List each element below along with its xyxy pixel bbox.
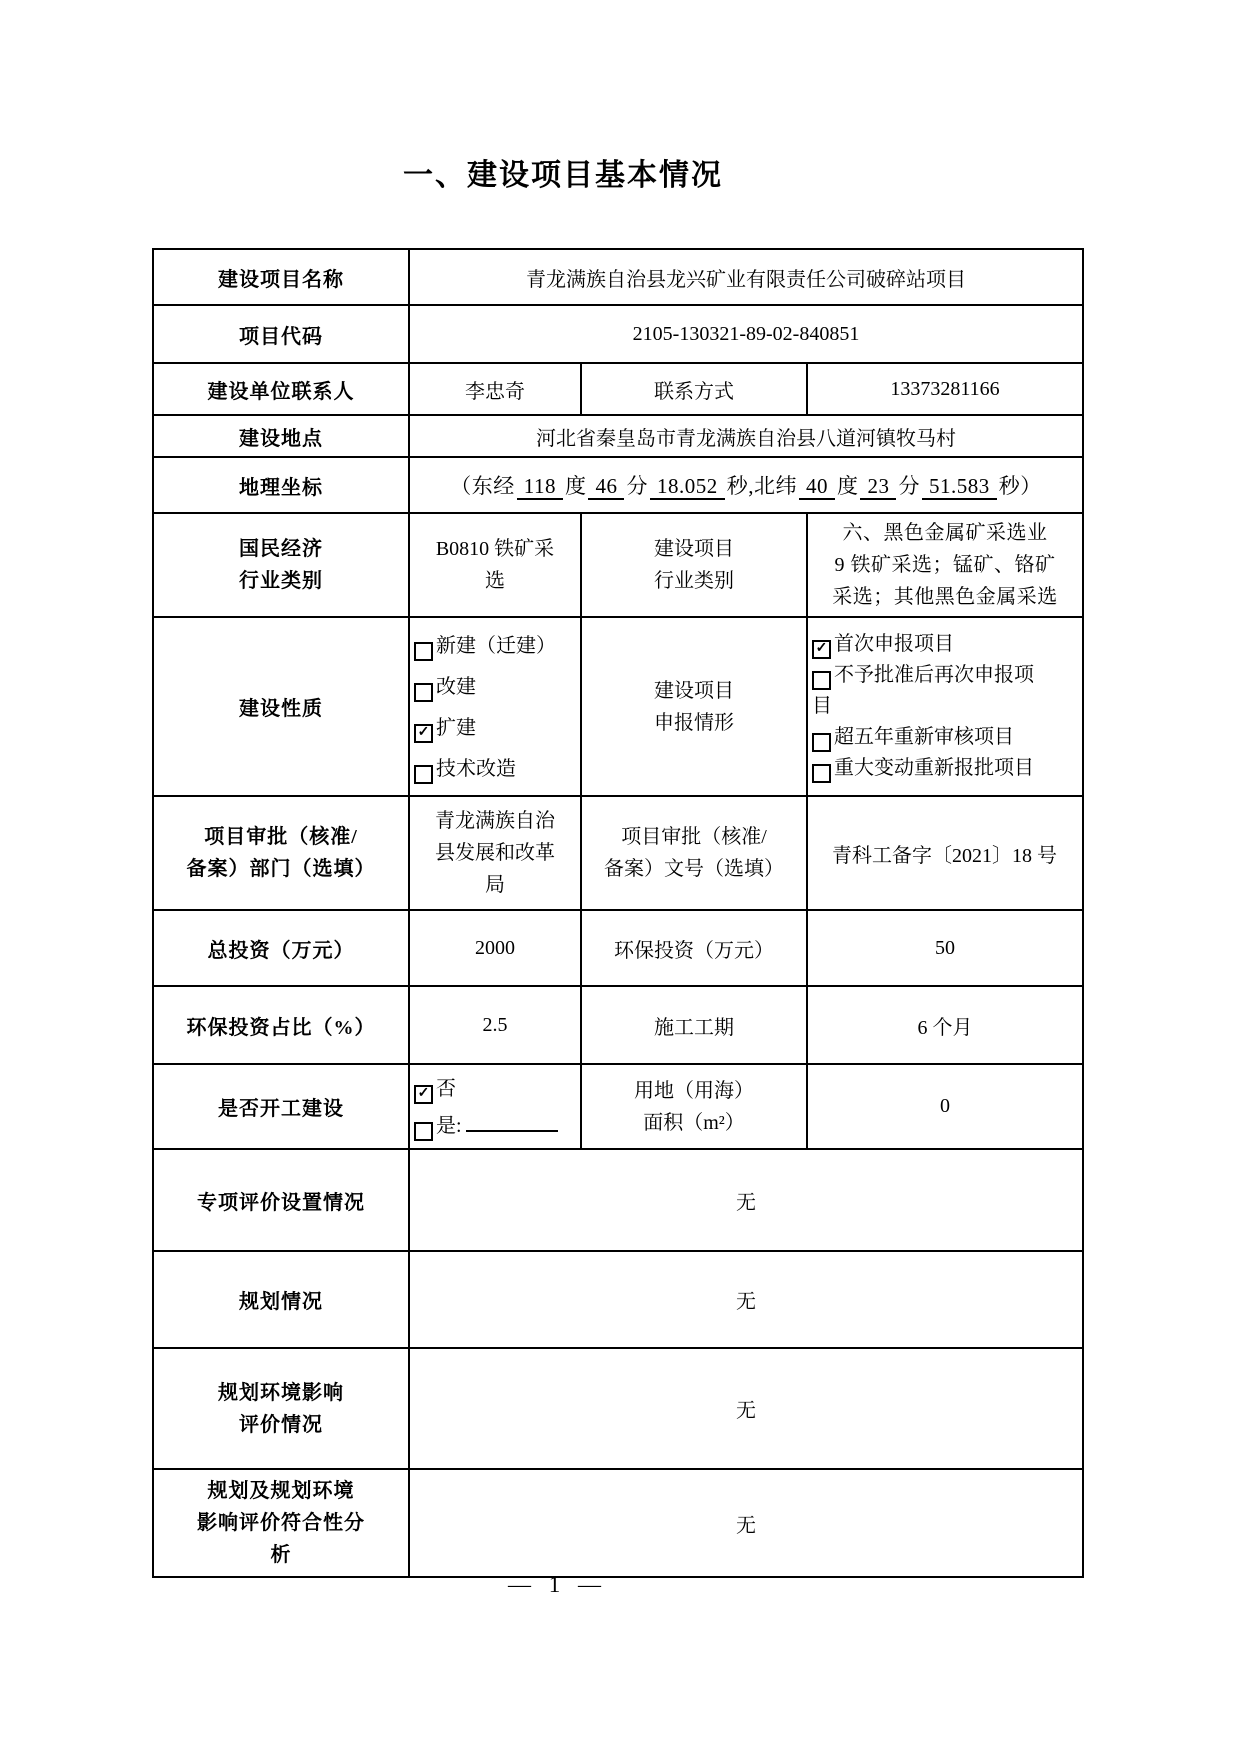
- row-approval: 项目审批（核准/ 备案）部门（选填） 青龙满族自治 县发展和改革 局 项目审批（…: [153, 796, 1083, 910]
- land-area-value: 0: [807, 1064, 1083, 1149]
- option-label: 技术改造: [436, 758, 516, 780]
- coord-lon-deg: 118: [517, 474, 563, 500]
- row-contact: 建设单位联系人 李忠奇 联系方式 13373281166: [153, 363, 1083, 415]
- option-label: 改建: [436, 676, 476, 698]
- declaration-option-resubmit[interactable]: ✓不予批准后再次申报项 目: [812, 660, 1078, 722]
- started-options: ✓否 ✓是:: [409, 1064, 581, 1149]
- option-label: 重大变动重新报批项目: [834, 757, 1034, 779]
- env-ratio-value: 2.5: [409, 986, 581, 1064]
- option-label: 超五年重新审核项目: [834, 726, 1014, 748]
- coord-lat-deg: 40: [799, 474, 835, 500]
- project-name-label: 建设项目名称: [153, 249, 409, 305]
- total-investment-label: 总投资（万元）: [153, 910, 409, 986]
- checkbox-icon[interactable]: ✓: [414, 724, 433, 743]
- check-icon: ✓: [418, 1086, 430, 1101]
- checkbox-icon[interactable]: ✓: [414, 683, 433, 702]
- row-started: 是否开工建设 ✓否 ✓是: 用地（用海） 面积（m²） 0: [153, 1064, 1083, 1149]
- contact-label: 建设单位联系人: [153, 363, 409, 415]
- checkbox-icon[interactable]: ✓: [414, 1085, 433, 1104]
- fill-in-line[interactable]: [466, 1116, 558, 1132]
- option-label: 否: [436, 1078, 456, 1100]
- nature-option-expand[interactable]: ✓扩建: [414, 711, 576, 743]
- checkbox-icon[interactable]: ✓: [414, 642, 433, 661]
- planning-label: 规划情况: [153, 1251, 409, 1348]
- land-area-label: 用地（用海） 面积（m²）: [581, 1064, 807, 1149]
- nature-option-rebuild[interactable]: ✓改建: [414, 670, 576, 702]
- coord-text: 分: [626, 474, 648, 498]
- row-planning-eia: 规划环境影响 评价情况 无: [153, 1348, 1083, 1469]
- approval-dept-label: 项目审批（核准/ 备案）部门（选填）: [153, 796, 409, 910]
- checkbox-icon[interactable]: ✓: [414, 765, 433, 784]
- page-number: — 1 —: [0, 1572, 1115, 1598]
- started-option-yes[interactable]: ✓是:: [414, 1109, 576, 1141]
- approval-dept-value: 青龙满族自治 县发展和改革 局: [409, 796, 581, 910]
- page-title: 一、建设项目基本情况: [0, 150, 1126, 194]
- row-special-evaluation: 专项评价设置情况 无: [153, 1149, 1083, 1251]
- coord-lon-sec: 18.052: [650, 474, 725, 500]
- option-label: 不予批准后再次申报项 目: [812, 664, 1034, 717]
- nature-option-techreform[interactable]: ✓技术改造: [414, 752, 576, 784]
- row-planning: 规划情况 无: [153, 1251, 1083, 1348]
- nature-options: ✓新建（迁建） ✓改建 ✓扩建 ✓技术改造: [409, 617, 581, 796]
- coord-text: （东经: [450, 474, 515, 498]
- checkbox-icon[interactable]: ✓: [812, 764, 831, 783]
- row-project-name: 建设项目名称 青龙满族自治县龙兴矿业有限责任公司破碎站项目: [153, 249, 1083, 305]
- row-investment: 总投资（万元） 2000 环保投资（万元） 50: [153, 910, 1083, 986]
- contact-phone-value: 13373281166: [807, 363, 1083, 415]
- project-code-label: 项目代码: [153, 305, 409, 363]
- check-icon: ✓: [816, 641, 828, 656]
- declaration-option-majorchange[interactable]: ✓重大变动重新报批项目: [812, 753, 1078, 784]
- coord-text: 度: [837, 474, 859, 498]
- row-location: 建设地点 河北省秦皇岛市青龙满族自治县八道河镇牧马村: [153, 415, 1083, 457]
- option-label: 首次申报项目: [834, 633, 954, 655]
- project-info-table: 建设项目名称 青龙满族自治县龙兴矿业有限责任公司破碎站项目 项目代码 2105-…: [152, 248, 1084, 1578]
- option-label: 新建（迁建）: [436, 635, 556, 657]
- declaration-label: 建设项目 申报情形: [581, 617, 807, 796]
- started-option-no[interactable]: ✓否: [414, 1072, 576, 1104]
- industry-category-label: 建设项目 行业类别: [581, 513, 807, 617]
- industry-label: 国民经济 行业类别: [153, 513, 409, 617]
- coord-lat-sec: 51.583: [922, 474, 997, 500]
- checkbox-icon[interactable]: ✓: [414, 1122, 433, 1141]
- special-evaluation-value: 无: [409, 1149, 1083, 1251]
- checkbox-icon[interactable]: ✓: [812, 640, 831, 659]
- declaration-option-fiveyear[interactable]: ✓超五年重新审核项目: [812, 722, 1078, 753]
- construction-period-value: 6 个月: [807, 986, 1083, 1064]
- row-conformity-analysis: 规划及规划环境 影响评价符合性分 析 无: [153, 1469, 1083, 1577]
- coord-lon-min: 46: [588, 474, 624, 500]
- industry-category-value: 六、黑色金属矿采选业 9 铁矿采选；锰矿、铬矿 采选；其他黑色金属采选: [807, 513, 1083, 617]
- env-ratio-label: 环保投资占比（%）: [153, 986, 409, 1064]
- location-value: 河北省秦皇岛市青龙满族自治县八道河镇牧马村: [409, 415, 1083, 457]
- coord-text: 度: [565, 474, 587, 498]
- planning-eia-value: 无: [409, 1348, 1083, 1469]
- project-name-value: 青龙满族自治县龙兴矿业有限责任公司破碎站项目: [409, 249, 1083, 305]
- check-icon: ✓: [418, 725, 430, 740]
- total-investment-value: 2000: [409, 910, 581, 986]
- option-label: 是:: [436, 1115, 462, 1137]
- option-label: 扩建: [436, 717, 476, 739]
- coord-lat-min: 23: [860, 474, 896, 500]
- coord-text: 分: [898, 474, 920, 498]
- location-label: 建设地点: [153, 415, 409, 457]
- planning-value: 无: [409, 1251, 1083, 1348]
- coordinates-value: （东经118度46分18.052秒,北纬40度23分51.583秒）: [409, 457, 1083, 513]
- declaration-option-first[interactable]: ✓首次申报项目: [812, 629, 1078, 660]
- conformity-analysis-value: 无: [409, 1469, 1083, 1577]
- row-ratio: 环保投资占比（%） 2.5 施工工期 6 个月: [153, 986, 1083, 1064]
- contact-method-label: 联系方式: [581, 363, 807, 415]
- env-investment-label: 环保投资（万元）: [581, 910, 807, 986]
- checkbox-icon[interactable]: ✓: [812, 733, 831, 752]
- industry-code-value: B0810 铁矿采 选: [409, 513, 581, 617]
- coordinates-label: 地理坐标: [153, 457, 409, 513]
- planning-eia-label: 规划环境影响 评价情况: [153, 1348, 409, 1469]
- conformity-analysis-label: 规划及规划环境 影响评价符合性分 析: [153, 1469, 409, 1577]
- coord-text: 秒）: [999, 474, 1042, 498]
- project-code-value: 2105-130321-89-02-840851: [409, 305, 1083, 363]
- approval-doc-number: 青科工备字〔2021〕18 号: [807, 796, 1083, 910]
- contact-person-value: 李忠奇: [409, 363, 581, 415]
- special-evaluation-label: 专项评价设置情况: [153, 1149, 409, 1251]
- construction-period-label: 施工工期: [581, 986, 807, 1064]
- env-investment-value: 50: [807, 910, 1083, 986]
- started-label: 是否开工建设: [153, 1064, 409, 1149]
- row-coordinates: 地理坐标 （东经118度46分18.052秒,北纬40度23分51.583秒）: [153, 457, 1083, 513]
- row-industry: 国民经济 行业类别 B0810 铁矿采 选 建设项目 行业类别 六、黑色金属矿采…: [153, 513, 1083, 617]
- checkbox-icon[interactable]: ✓: [812, 671, 831, 690]
- row-construction-nature: 建设性质 ✓新建（迁建） ✓改建 ✓扩建 ✓技术改造 建设项目 申报情形 ✓首次…: [153, 617, 1083, 796]
- approval-doc-label: 项目审批（核准/ 备案）文号（选填）: [581, 796, 807, 910]
- nature-option-new[interactable]: ✓新建（迁建）: [414, 629, 576, 661]
- nature-label: 建设性质: [153, 617, 409, 796]
- coord-text: 秒,北纬: [727, 474, 797, 498]
- declaration-options: ✓首次申报项目 ✓不予批准后再次申报项 目 ✓超五年重新审核项目 ✓重大变动重新…: [807, 617, 1083, 796]
- row-project-code: 项目代码 2105-130321-89-02-840851: [153, 305, 1083, 363]
